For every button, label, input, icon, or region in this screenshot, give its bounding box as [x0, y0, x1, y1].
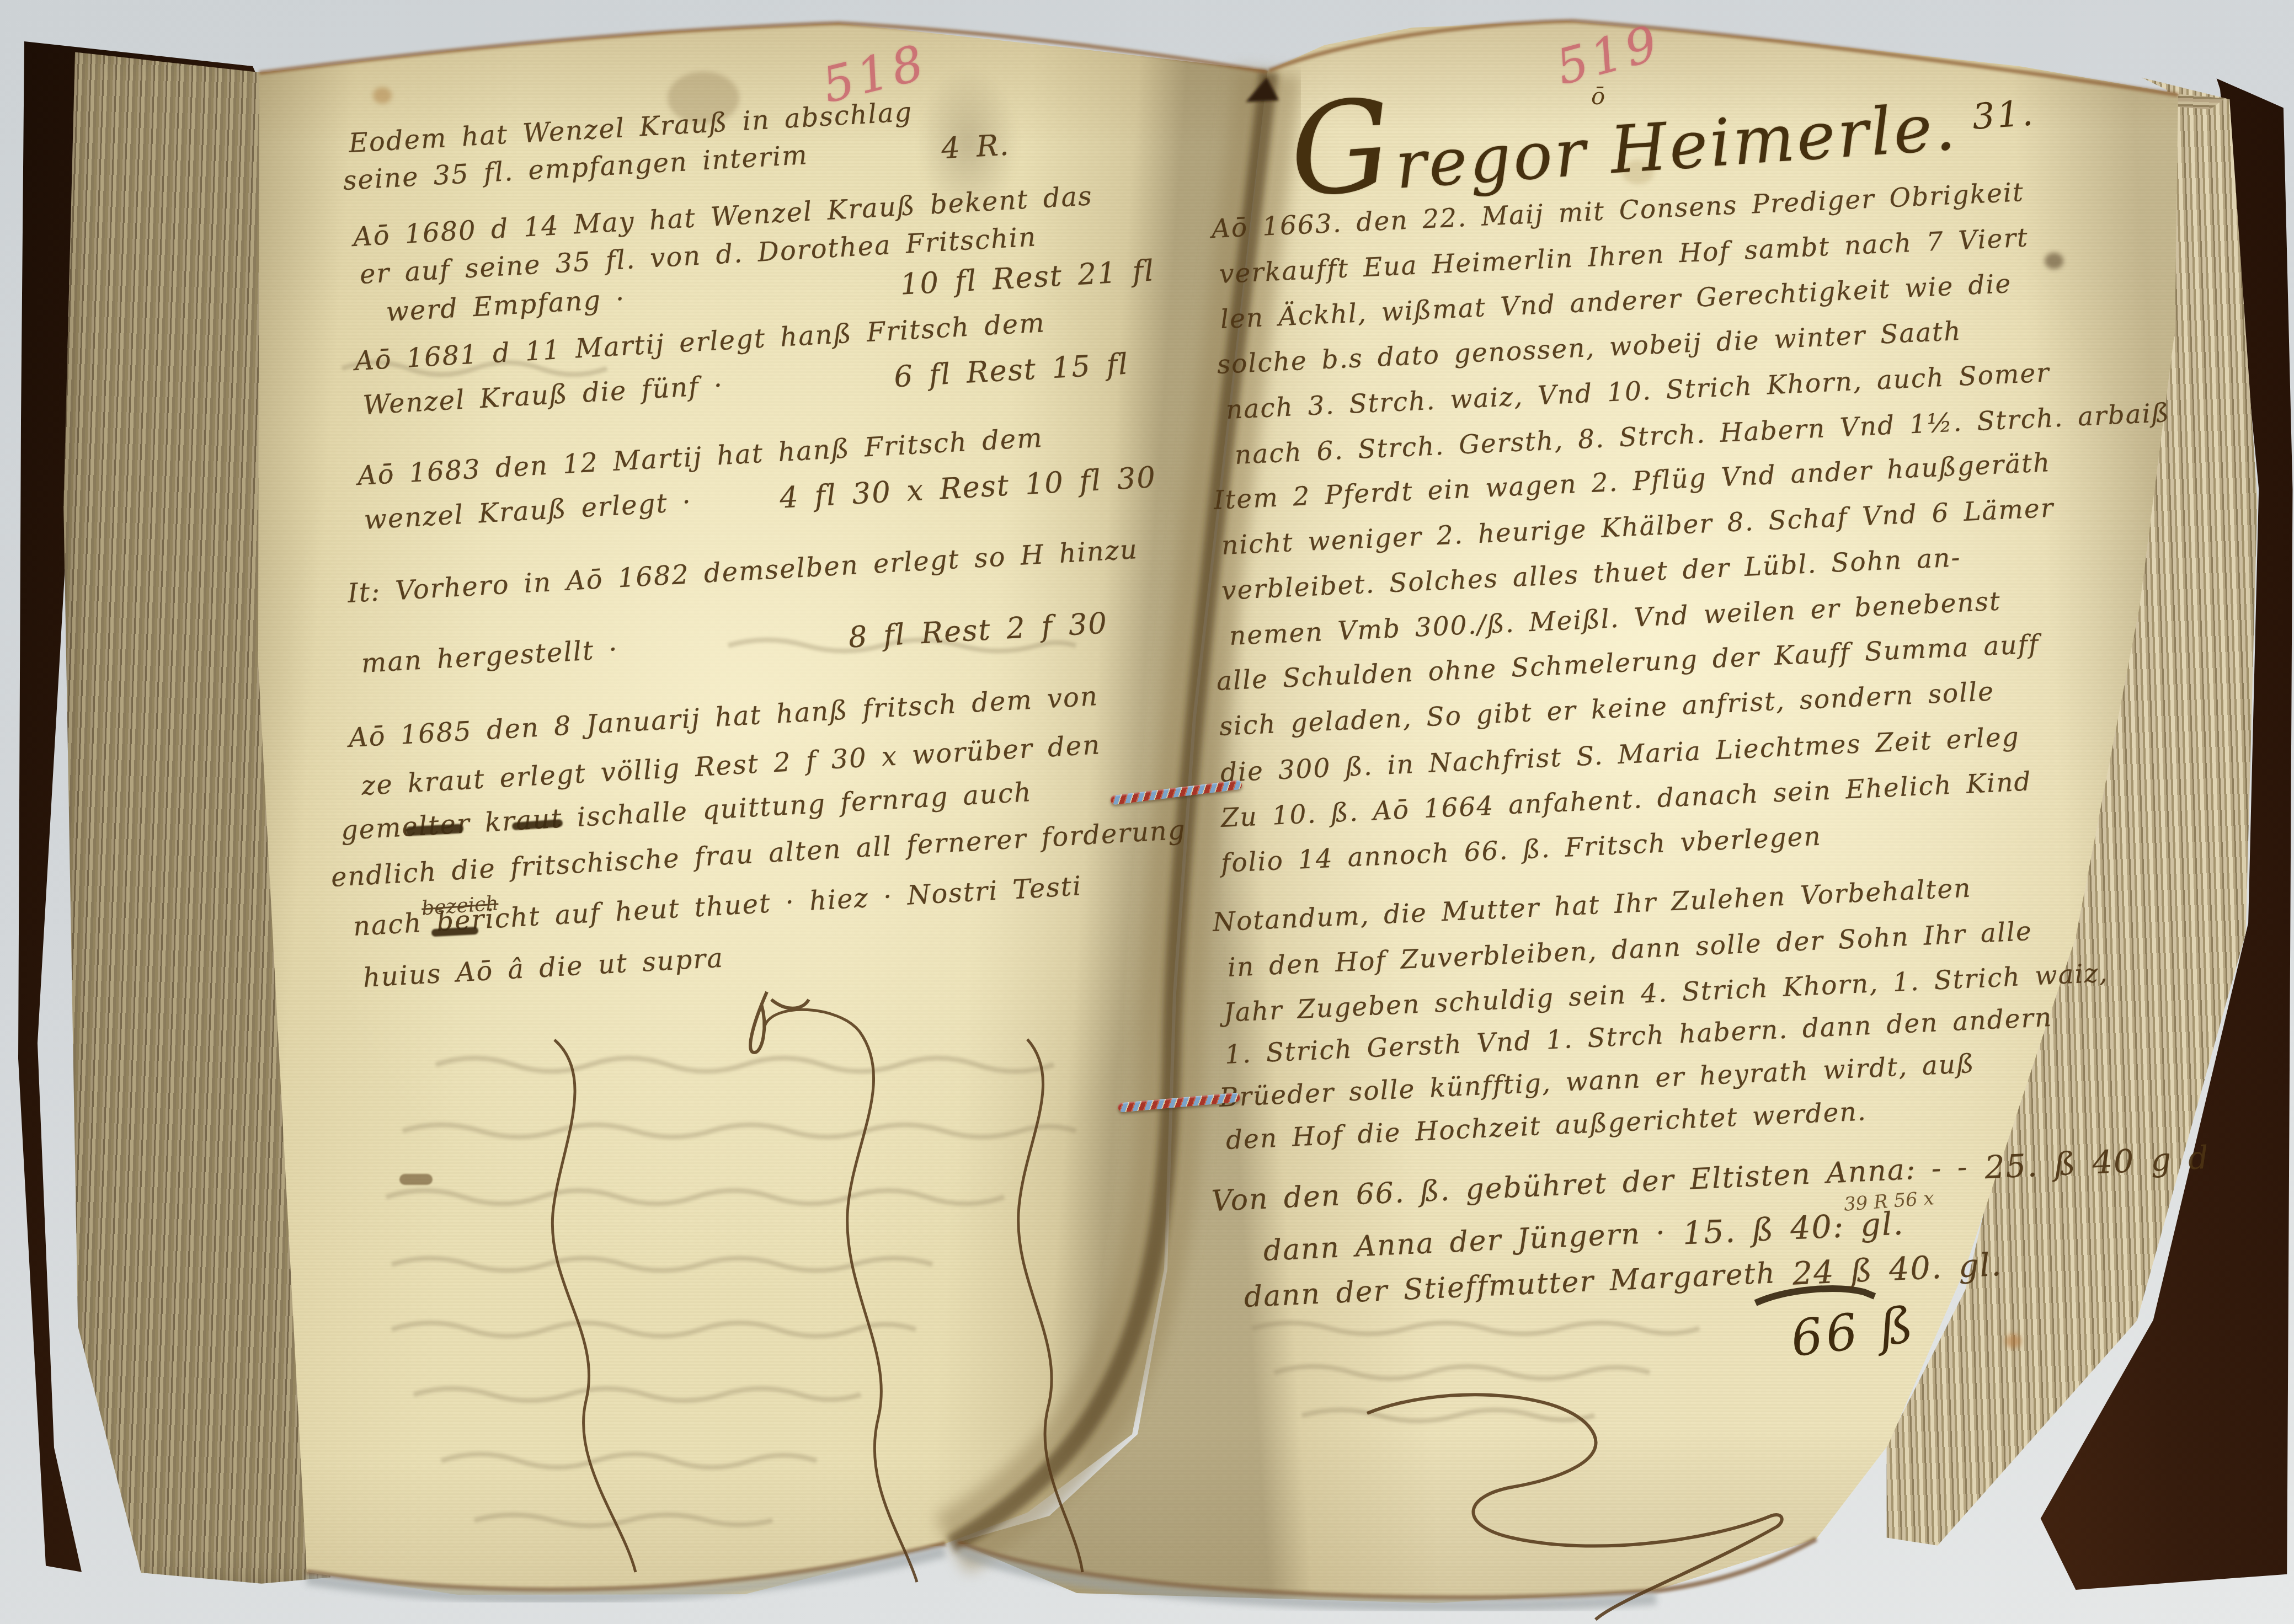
- line-text: It: Vorhero in Aō 1682 demselben erlegt …: [346, 534, 1139, 609]
- line-text: huius Aō â die ut supra: [362, 942, 724, 993]
- manuscript-line: man hergestellt ·8 fl Rest 2 f 30: [360, 606, 1108, 682]
- line-text: dann Anna der Jüngern ·: [1263, 1216, 1667, 1271]
- amount-value: 25. ß 40 g d: [1984, 1140, 2210, 1186]
- handwriting-layer: 518 519 Gregor Heimerle. ō 31. Eodem hat…: [0, 0, 2294, 1624]
- manuscript-line: It: Vorhero in Aō 1682 demselben erlegt …: [346, 534, 1139, 609]
- manuscript-line: huius Aō â die ut supra: [362, 942, 724, 993]
- amount-value: 4 R.: [941, 129, 1011, 166]
- amount-value: 8 fl Rest 2 f 30: [847, 606, 1108, 654]
- line-text: folio 14 annoch 66. ß. Fritsch vberlegen: [1220, 821, 1822, 879]
- amount-value: 6 fl Rest 15 fl: [893, 347, 1130, 394]
- amount-value: 4 fl 30 x Rest 10 fl 30: [779, 461, 1157, 515]
- line-text: man hergestellt ·: [360, 634, 619, 682]
- manuscript-lines: Eodem hat Wenzel Krauß in abschlagseine …: [0, 0, 2294, 1624]
- manuscript-line: folio 14 annoch 66. ß. Fritsch vberlegen: [1220, 821, 1822, 879]
- line-text: Wenzel Krauß die fünf ·: [362, 370, 724, 424]
- manuscript-photo: 518 519 Gregor Heimerle. ō 31. Eodem hat…: [0, 0, 2294, 1624]
- amount-value: 24 ß 40. gl.: [1791, 1247, 2003, 1292]
- line-text: wenzel Krauß erlegt ·: [363, 487, 692, 538]
- amount-value: 10 fl Rest 21 fl: [899, 254, 1155, 302]
- line-text: werd Empfang ·: [385, 284, 626, 330]
